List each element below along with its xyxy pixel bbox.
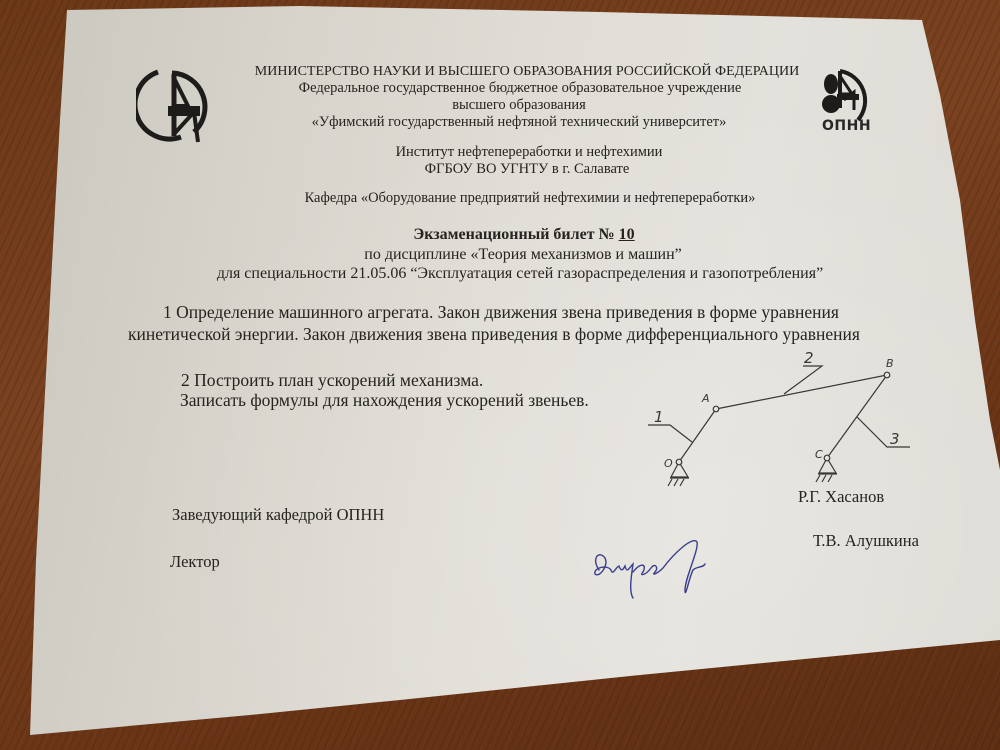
- lecturer-signature: [585, 528, 715, 608]
- institution-type-line1: Федеральное государственное бюджетное об…: [299, 80, 742, 97]
- question-1-line1: 1 Определение машинного агрегата. Закон …: [163, 302, 839, 323]
- link-label-3: 3: [890, 430, 900, 448]
- ticket-number: 10: [619, 226, 635, 243]
- joint-label-c: C: [815, 448, 823, 461]
- department-name: Кафедра «Оборудование предприятий нефтех…: [305, 190, 756, 207]
- university-emblem-icon: [136, 64, 216, 144]
- institute-name: Институт нефтепереработки и нефтехимии: [396, 144, 663, 161]
- link-label-2: 2: [804, 349, 814, 367]
- department-emblem-icon: [818, 68, 888, 124]
- ticket-discipline: по дисциплине «Теория механизмов и машин…: [364, 246, 681, 264]
- joint-label-o: O: [664, 457, 673, 470]
- department-emblem: ОПНН: [818, 68, 888, 138]
- joint-label-a: A: [701, 392, 710, 405]
- ticket-title-prefix: Экзаменационный билет №: [413, 226, 614, 243]
- ticket-specialty: для специальности 21.05.06 “Эксплуатация…: [217, 265, 823, 283]
- head-of-department-name: Р.Г. Хасанов: [798, 487, 884, 507]
- ministry-name: МИНИСТЕРСТВО НАУКИ И ВЫСШЕГО ОБРАЗОВАНИЯ…: [255, 63, 799, 80]
- branch-name: ФГБОУ ВО УГНТУ в г. Салавате: [425, 161, 630, 178]
- lecturer-name: Т.В. Алушкина: [813, 531, 919, 551]
- question-2-line2: Записать формулы для нахождения ускорени…: [180, 390, 589, 411]
- mechanism-diagram: O A B C 1 2 3: [640, 340, 930, 500]
- head-of-department-title: Заведующий кафедрой ОПНН: [172, 505, 384, 525]
- institution-type-line2: высшего образования: [452, 97, 586, 114]
- lecturer-title: Лектор: [170, 552, 220, 572]
- question-2-line1: 2 Построить план ускорений механизма.: [181, 370, 483, 391]
- ticket-title: Экзаменационный билет № 10: [413, 226, 634, 244]
- department-emblem-label: ОПНН: [822, 118, 871, 134]
- university-name: «Уфимский государственный нефтяной техни…: [312, 114, 727, 131]
- joint-label-b: B: [886, 357, 894, 370]
- link-label-1: 1: [654, 408, 664, 426]
